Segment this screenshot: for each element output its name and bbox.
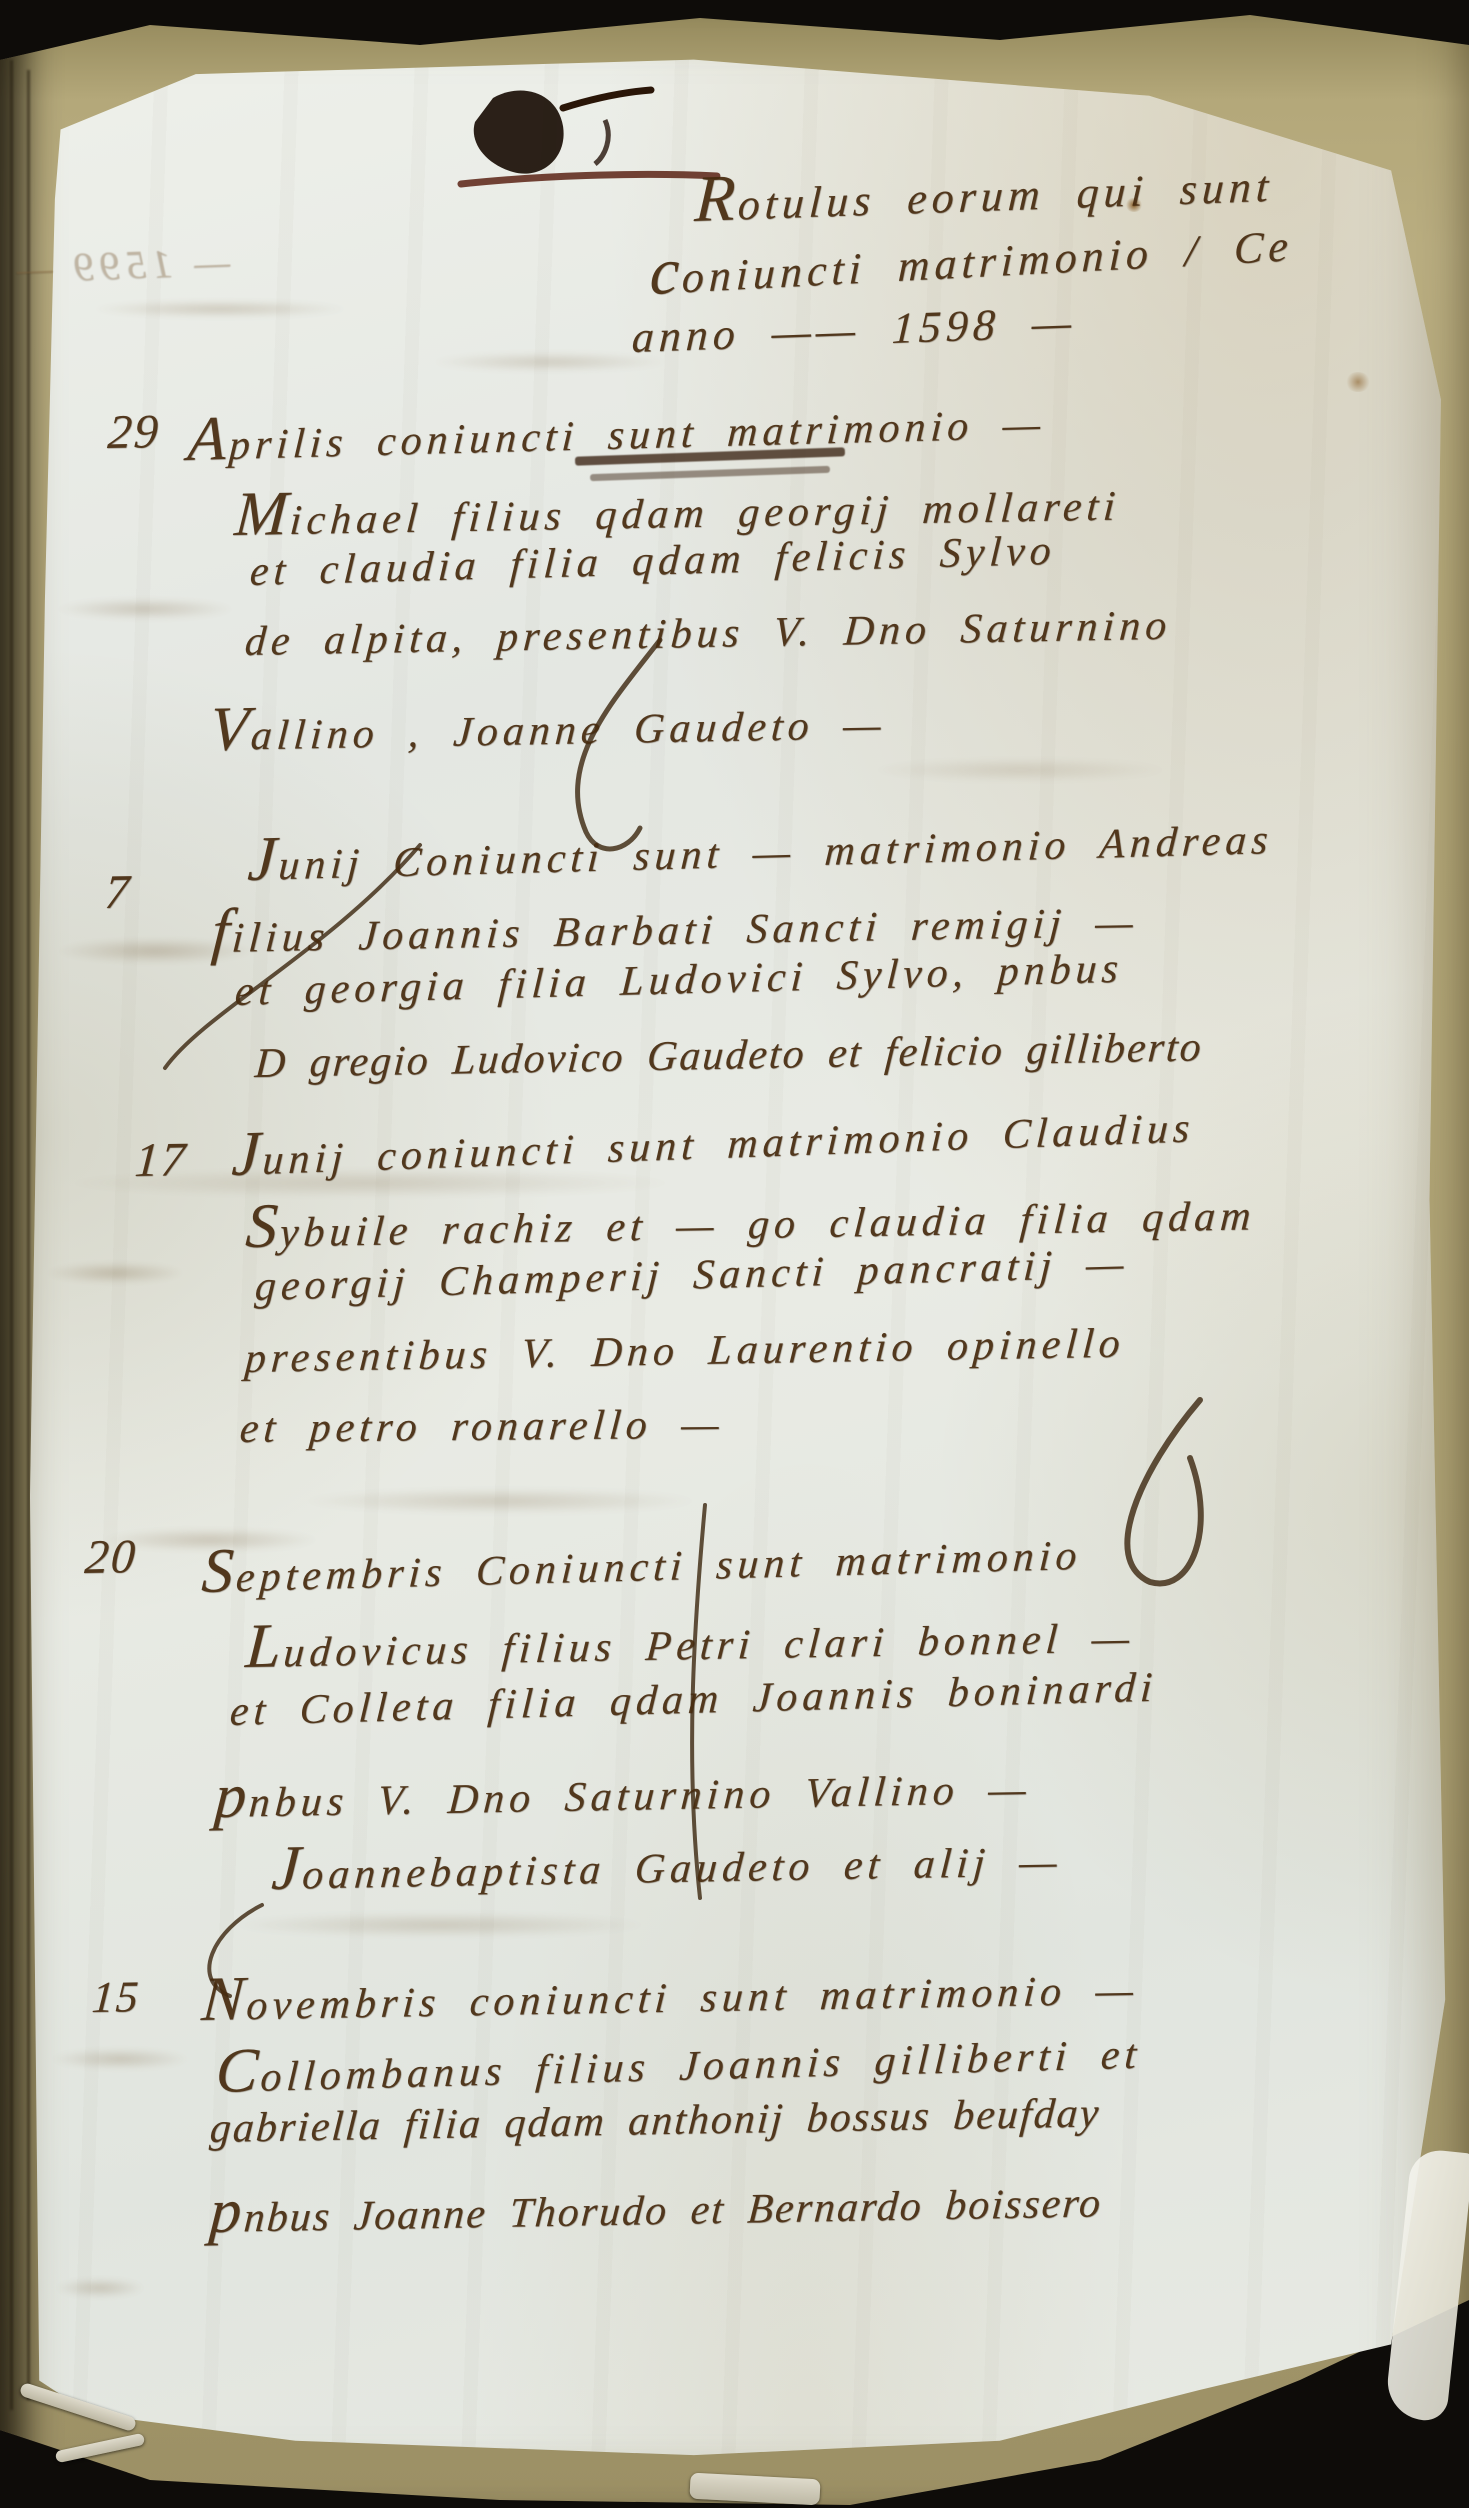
entry-1-line: Vallino , Joanne Gaudeto — [207,681,888,766]
entry-5-day-number: 15 [90,1971,142,2023]
ink-bleedthrough [45,1262,185,1284]
ink-bleedthrough [55,598,235,620]
ink-bleedthrough [300,1488,700,1514]
bleedthrough-year-text: — 1599 — [10,238,231,293]
ink-bleedthrough [870,758,1170,782]
ink-bleedthrough [90,300,350,318]
entry-1-day-number: 29 [106,404,162,460]
stain [1345,372,1371,392]
entry-4-day-number: 20 [83,1529,139,1585]
ink-bleedthrough [230,1912,650,1938]
entry-2-day-number: 7 [103,865,133,921]
entry-4-line: Joannebaptista Gaudeto et alij — [269,1818,1064,1905]
binding-crease [27,70,30,2400]
entry-3-day-number: 17 [133,1132,189,1188]
entry-3-line: et petro ronarello — [238,1401,726,1453]
manuscript-photo: — 1599 — Rotulus eorum qui sunt coniunct… [0,0,1469,2508]
ink-bleedthrough [55,2278,145,2298]
ink-bleedthrough [50,2048,190,2070]
binding-crease [10,60,13,2410]
